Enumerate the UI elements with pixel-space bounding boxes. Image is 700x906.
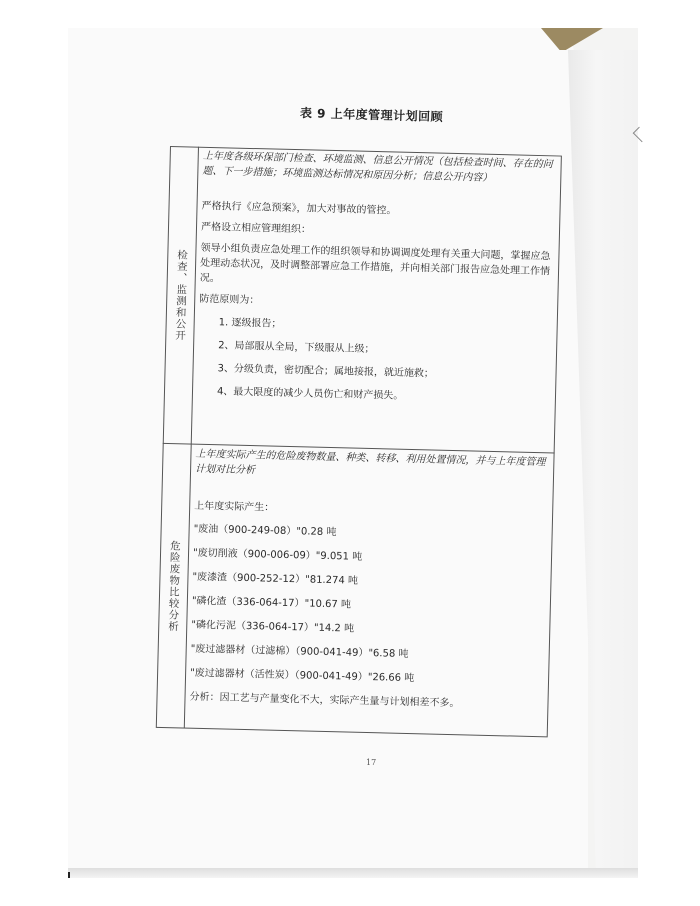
waste-amount: 10.67 吨 [309, 599, 351, 611]
waste-item: "磷化渣（336-064-17）"10.67 吨 [192, 594, 544, 618]
waste-item: "磷化污泥（336-064-17）"14.2 吨 [191, 618, 543, 642]
waste-item: "废切削液（900-006-09）"9.051 吨 [193, 546, 545, 570]
page-number: 17 [366, 758, 376, 767]
waste-amount: 9.051 吨 [320, 551, 362, 563]
principle-item: 3、分级负责，密切配合；属地接报，就近施救； [197, 361, 549, 385]
waste-amount: 14.2 吨 [318, 623, 354, 635]
waste-name: "废油（900-249-08）" [194, 524, 302, 538]
section-inspection-content: 上年度各级环保部门检查、环境监测、信息公开情况（包括检查时间、存在的问题、下一步… [197, 149, 555, 408]
waste-amount: 26.66 吨 [372, 672, 414, 684]
waste-name: "磷化渣（336-064-17）" [192, 596, 310, 610]
page-bottom-edge [68, 868, 638, 878]
principle-item: 2、局部服从全局，下级服从上级； [198, 338, 550, 362]
waste-list: "废油（900-249-08）"0.28 吨"废切削液（900-006-09）"… [190, 522, 546, 690]
waste-name: "废漆渣（900-252-12）" [192, 572, 310, 586]
section-label-hazardous-waste: 危险废物比较分析 [166, 540, 180, 632]
paragraph: 领导小组负责应急处理工作的组织领导和协调调度处理有关重大问题，掌握应急处理动态状… [200, 241, 553, 295]
waste-amount: 81.274 吨 [310, 575, 358, 587]
waste-item: "废过滤器材（过滤棉）（900-041-49）"6.58 吨 [191, 642, 543, 666]
waste-name: "磷化污泥（336-064-17）" [191, 620, 319, 634]
waste-amount: 0.28 吨 [301, 526, 337, 538]
scan-tick-mark [68, 872, 70, 878]
waste-item: "废油（900-249-08）"0.28 吨 [193, 522, 545, 546]
waste-name: "废过滤器材（过滤棉）（900-041-49）" [191, 644, 374, 659]
review-table: 检查、监测和公开 上年度各级环保部门检查、环境监测、信息公开情况（包括检查时间、… [156, 146, 562, 737]
paragraph: 防范原则为： [199, 292, 551, 316]
waste-item: "废漆渣（900-252-12）"81.274 吨 [192, 570, 544, 594]
section-hazardous-waste-content: 上年度实际产生的危险废物数量、种类、转移、利用处置情况，并与上年度管理计划对比分… [189, 447, 547, 714]
waste-name: "废切削液（900-006-09）" [193, 548, 321, 562]
principle-item: 1. 逐级报告； [199, 315, 551, 339]
waste-amount: 6.58 吨 [373, 648, 409, 660]
waste-item: "废过滤器材（活性炭）（900-041-49）"26.66 吨 [190, 666, 542, 690]
paragraph: 严格设立相应管理组织： [201, 220, 553, 244]
waste-name: "废过滤器材（活性炭）（900-041-49）" [190, 668, 373, 683]
section-label-inspection: 检查、监测和公开 [173, 249, 187, 341]
